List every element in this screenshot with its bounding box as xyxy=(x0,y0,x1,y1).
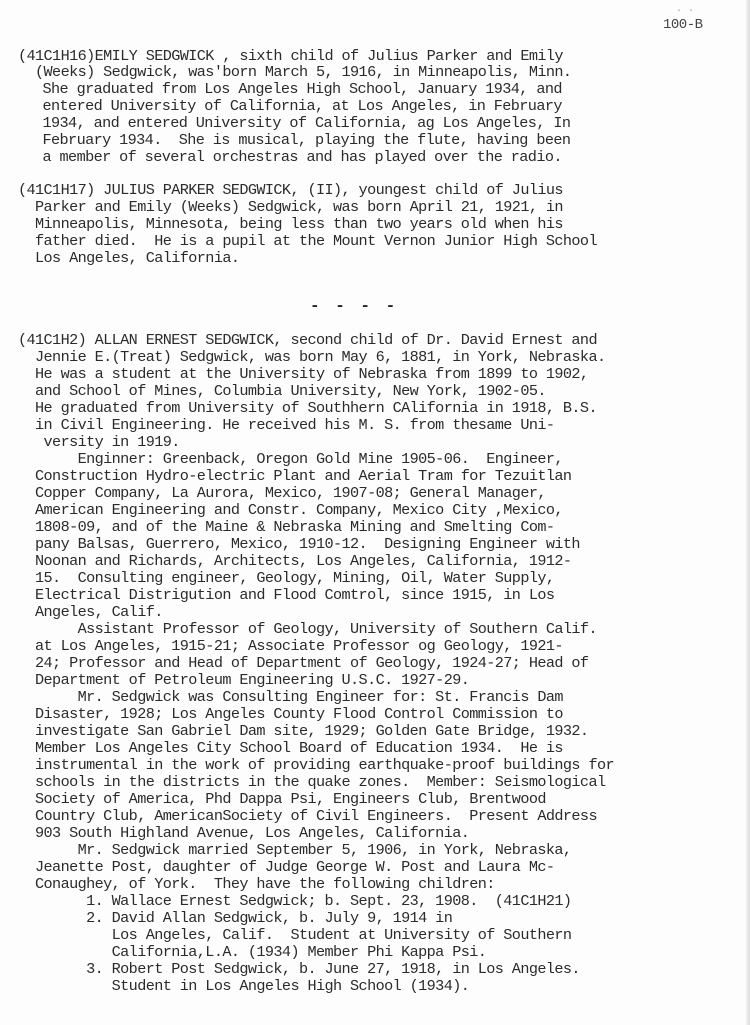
entry-line: schools in the districts in the quake zo… xyxy=(18,774,605,790)
entry-line: Copper Company, La Aurora, Mexico, 1907-… xyxy=(18,485,546,501)
margin-mark: . . xyxy=(676,4,694,15)
page-edge xyxy=(746,0,750,1025)
entry-line: He was a student at the University of Ne… xyxy=(18,366,588,382)
entry-line: Society of America, Phd Dappa Psi, Engin… xyxy=(18,791,546,807)
entry-line: (Weeks) Sedgwick, was'born March 5, 1916… xyxy=(18,64,571,80)
entry-line: Parker and Emily (Weeks) Sedgwick, was b… xyxy=(18,199,563,215)
entry-line: Angeles, Calif. xyxy=(18,604,163,620)
entry-line: Minneapolis, Minnesota, being less than … xyxy=(18,216,563,232)
entry-line: American Engineering and Constr. Company… xyxy=(18,502,563,518)
entry-line: Enginner: Greenback, Oregon Gold Mine 19… xyxy=(18,451,563,467)
entry-line: instrumental in the work of providing ea… xyxy=(18,757,614,773)
entry-line: versity in 1919. xyxy=(18,434,180,450)
entry-line: pany Balsas, Guerrero, Mexico, 1910-12. … xyxy=(18,536,580,552)
entry-line: Assistant Professor of Geology, Universi… xyxy=(18,621,597,637)
entry-line: 1934, and entered University of Californ… xyxy=(34,115,570,131)
child-list-item: Los Angeles, Calif. Student at Universit… xyxy=(18,927,571,943)
child-list-item: California,L.A. (1934) Member Phi Kappa … xyxy=(18,944,486,960)
entry-line: 24; Professor and Head of Department of … xyxy=(18,655,588,671)
entry-line: and School of Mines, Columbia University… xyxy=(18,383,546,399)
entry-line: He graduated from University of Southher… xyxy=(18,400,597,416)
entry-line: at Los Angeles, 1915-21; Associate Profe… xyxy=(18,638,563,654)
section-separator: - - - - xyxy=(310,297,398,315)
entry-line: Member Los Angeles City School Board of … xyxy=(18,740,563,756)
entry-line: Noonan and Richards, Architects, Los Ang… xyxy=(18,553,571,569)
entry-line: Mr. Sedgwick married September 5, 1906, … xyxy=(18,842,571,858)
entry-line: 903 South Highland Avenue, Los Angeles, … xyxy=(18,825,469,841)
entry-line: She graduated from Los Angeles High Scho… xyxy=(34,81,562,97)
entry-line: investigate San Gabriel Dam site, 1929; … xyxy=(18,723,588,739)
entry-line: Department of Petroleum Engineering U.S.… xyxy=(18,672,469,688)
entry-line: 15. Consulting engineer, Geology, Mining… xyxy=(18,570,554,586)
entry-line: father died. He is a pupil at the Mount … xyxy=(18,233,597,249)
entry-line: February 1934. She is musical, playing t… xyxy=(34,132,570,148)
entry-line: Jeanette Post, daughter of Judge George … xyxy=(18,859,554,875)
entry-line: Mr. Sedgwick was Consulting Engineer for… xyxy=(18,689,563,705)
entry-line: Conaughey, of York. They have the follow… xyxy=(18,876,495,892)
page-number: 100-B xyxy=(663,17,703,33)
entry-line: Construction Hydro-electric Plant and Ae… xyxy=(18,468,571,484)
entry-line: (41C1H2) ALLAN ERNEST SEDGWICK, second c… xyxy=(18,332,597,348)
child-list-item: 1. Wallace Ernest Sedgwick; b. Sept. 23,… xyxy=(18,893,571,909)
entry-line: Jennie E.(Treat) Sedgwick, was born May … xyxy=(18,349,605,365)
entry-line: 1808-09, and of the Maine & Nebraska Min… xyxy=(18,519,554,535)
entry-line: (41C1H16)EMILY SEDGWICK , sixth child of… xyxy=(18,48,563,64)
entry-line: Disaster, 1928; Los Angeles County Flood… xyxy=(18,706,563,722)
entry-line: (41C1H17) JULIUS PARKER SEDGWICK, (II), … xyxy=(18,182,563,198)
entry-line: in Civil Engineering. He received his M.… xyxy=(18,417,554,433)
child-list-item: 2. David Allan Sedgwick, b. July 9, 1914… xyxy=(18,910,452,926)
child-list-item: Student in Los Angeles High School (1934… xyxy=(18,978,469,994)
typewritten-page: . . 100-B (41C1H16)EMILY SEDGWICK , sixt… xyxy=(0,0,750,1025)
child-list-item: 3. Robert Post Sedgwick, b. June 27, 191… xyxy=(18,961,580,977)
entry-line: Country Club, AmericanSociety of Civil E… xyxy=(18,808,597,824)
entry-line: a member of several orchestras and has p… xyxy=(34,149,562,165)
entry-line: entered University of California, at Los… xyxy=(34,98,562,114)
entry-line: Electrical Distrigution and Flood Comtro… xyxy=(18,587,554,603)
entry-line: Los Angeles, California. xyxy=(18,250,239,266)
